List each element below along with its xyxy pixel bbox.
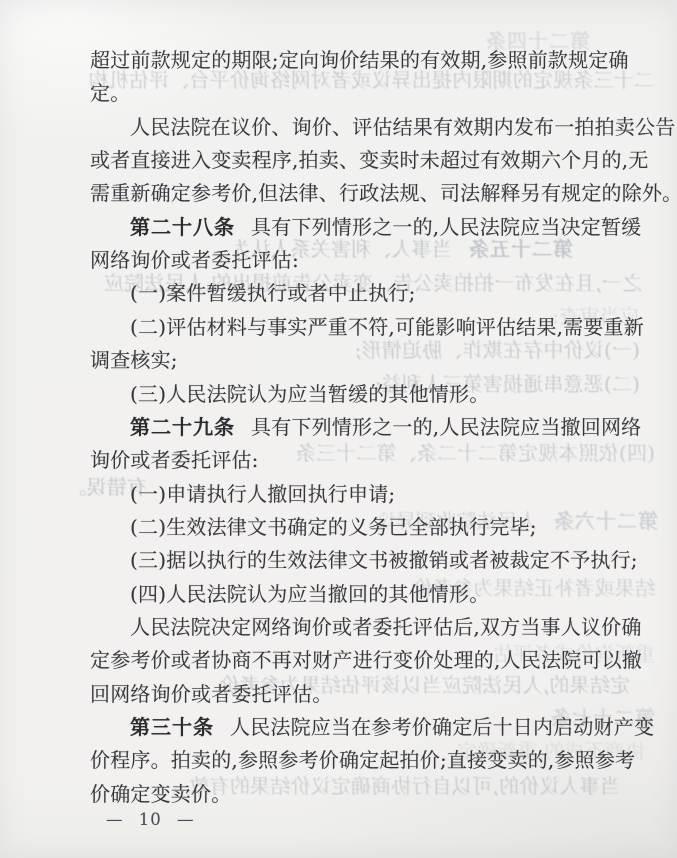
line-text: 需重新确定参考价,但法律、行政法规、司法解释另有规定的除外。 (90, 181, 677, 205)
line-text: 具有下列情形之一的,人民法院应当撤回网络 (251, 415, 641, 439)
text-line: 超过前款规定的期限;定向询价结果的有效期,参照前款规定确 (90, 46, 656, 79)
line-text: 询价或者委托评估: (90, 448, 259, 472)
body-text-layer: 超过前款规定的期限;定向询价结果的有效期,参照前款规定确定。人民法院在议价、询价… (0, 0, 677, 858)
text-line: (一)申请执行人撤回执行申请; (90, 480, 677, 513)
text-line: 询价或者委托评估: (90, 446, 656, 479)
line-text: 定参考价或者协商不再对财产进行变价处理的,人民法院可以撤 (90, 648, 642, 672)
text-line: 价程序。拍卖的,参照参考价确定起拍价;直接变卖的,参照参考 (90, 746, 656, 779)
line-text: 价确定变卖价。 (90, 782, 231, 806)
line-text: (二)生效法律文书确定的义务已全部执行完毕; (130, 515, 537, 539)
text-line: (三)据以执行的生效法律文书被撤销或者被裁定不予执行; (90, 546, 677, 579)
text-line: 定参考价或者协商不再对财产进行变价处理的,人民法院可以撤 (90, 646, 656, 679)
text-line: 或者直接进入变卖程序,拍卖、变卖时未超过有效期六个月的,无 (90, 146, 656, 179)
line-text: (一)申请执行人撤回执行申请; (130, 482, 395, 506)
line-text: 网络询价或者委托评估: (90, 248, 299, 272)
line-text: 人民法院决定网络询价或者委托评估后,双方当事人议价确 (130, 615, 642, 639)
line-text: 人民法院应当在参考价确定后十日内启动财产变 (230, 715, 654, 739)
line-text: (三)据以执行的生效法律文书被撤销或者被裁定不予执行; (130, 548, 638, 572)
text-line: 人民法院在议价、询价、评估结果有效期内发布一拍拍卖公告 (90, 113, 677, 146)
text-line: (一)案件暂缓执行或者中止执行; (90, 279, 677, 312)
line-text: (二)评估材料与事实严重不符,可能影响评估结果,需要重新 (130, 315, 644, 339)
text-line: 定。 (90, 79, 656, 112)
line-text: 价程序。拍卖的,参照参考价确定起拍价;直接变卖的,参照参考 (90, 748, 635, 772)
line-text: 或者直接进入变卖程序,拍卖、变卖时未超过有效期六个月的,无 (90, 148, 649, 172)
article-number: 第二十八条 (130, 215, 235, 239)
text-line: (三)人民法院认为应当暂缓的其他情形。 (90, 380, 677, 413)
line-text: (三)人民法院认为应当暂缓的其他情形。 (130, 382, 489, 406)
article-line: 第二十八条具有下列情形之一的,人民法院应当决定暂缓 (90, 213, 677, 246)
line-text: 定。 (90, 81, 130, 105)
text-line: 人民法院决定网络询价或者委托评估后,双方当事人议价确 (90, 613, 677, 646)
text-line: 价确定变卖价。 (90, 780, 656, 813)
line-text: 超过前款规定的期限;定向询价结果的有效期,参照前款规定确 (90, 48, 629, 72)
line-text: (一)案件暂缓执行或者中止执行; (130, 281, 416, 305)
text-line: (二)评估材料与事实严重不符,可能影响评估结果,需要重新 (90, 313, 677, 346)
line-text: 回网络询价或者委托评估。 (90, 682, 332, 706)
article-number: 第三十条 (130, 715, 214, 739)
article-line: 第二十九条具有下列情形之一的,人民法院应当撤回网络 (90, 413, 677, 446)
line-text: 调查核实; (90, 348, 178, 372)
line-text: 具有下列情形之一的,人民法院应当决定暂缓 (251, 215, 641, 239)
document-page: 第二十四条二十三条规定的期限内提出异议或者对网络询价平台、评估机构第二十五条当事… (0, 0, 677, 858)
article-number: 第二十九条 (130, 415, 235, 439)
article-line: 第三十条人民法院应当在参考价确定后十日内启动财产变 (90, 713, 677, 746)
line-text: 人民法院在议价、询价、评估结果有效期内发布一拍拍卖公告 (130, 115, 675, 139)
text-line: (四)人民法院认为应当撤回的其他情形。 (90, 580, 677, 613)
line-text: (四)人民法院认为应当撤回的其他情形。 (130, 582, 489, 606)
page-number: — 10 — (106, 810, 195, 829)
text-line: 网络询价或者委托评估: (90, 246, 656, 279)
text-line: (二)生效法律文书确定的义务已全部执行完毕; (90, 513, 677, 546)
text-line: 调查核实; (90, 346, 656, 379)
text-line: 回网络询价或者委托评估。 (90, 680, 656, 713)
text-line: 需重新确定参考价,但法律、行政法规、司法解释另有规定的除外。 (90, 179, 656, 212)
